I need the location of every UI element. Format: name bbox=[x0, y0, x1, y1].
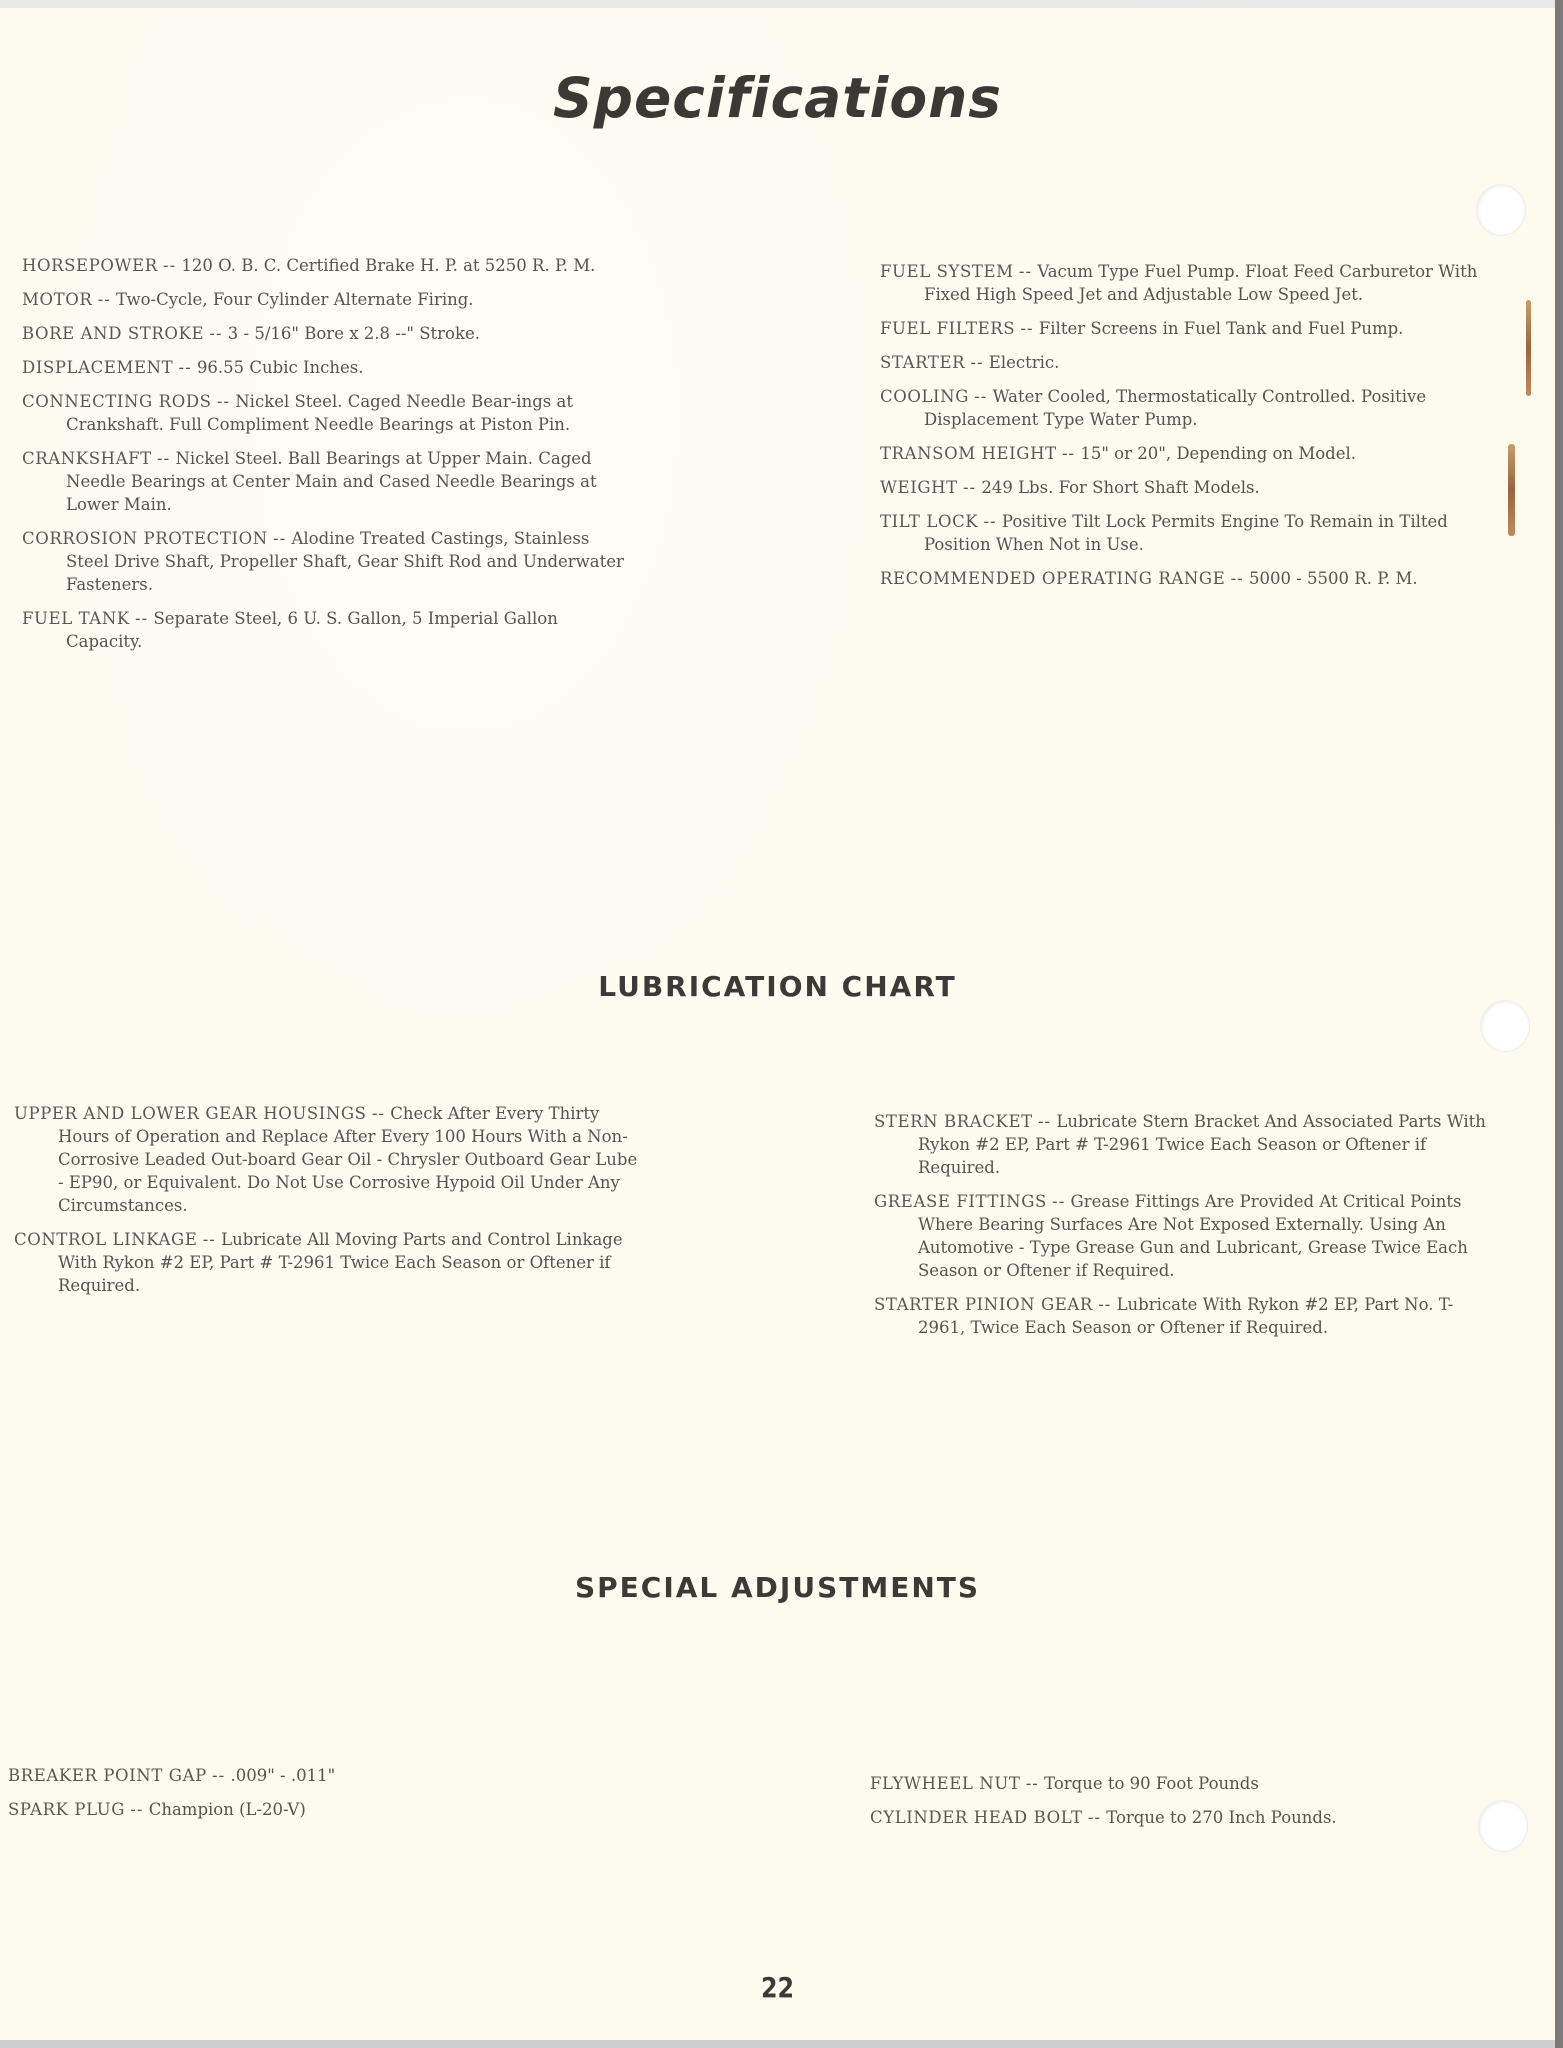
specifications-left-column: HORSEPOWER -- 120 O. B. C. Certified Bra… bbox=[22, 254, 632, 664]
spec-entry-text: 249 Lbs. For Short Shaft Models. bbox=[981, 478, 1259, 497]
spec-entry-text: Torque to 90 Foot Pounds bbox=[1044, 1774, 1259, 1793]
spec-entry-separator: -- bbox=[1062, 444, 1075, 463]
spec-entry-separator: -- bbox=[217, 392, 230, 411]
spec-entry-separator: -- bbox=[970, 353, 983, 372]
spec-entry: SPARK PLUG -- Champion (L-20-V) bbox=[8, 1798, 568, 1821]
spec-entry-separator: -- bbox=[98, 290, 111, 309]
spec-entry-label: TRANSOM HEIGHT bbox=[880, 444, 1057, 463]
spec-entry-text: Electric. bbox=[989, 353, 1060, 372]
spec-entry-label: BREAKER POINT GAP bbox=[8, 1766, 207, 1785]
spec-entry-separator: -- bbox=[1026, 1774, 1039, 1793]
spec-entry-separator: -- bbox=[135, 609, 148, 628]
special-adjustments-heading: SPECIAL ADJUSTMENTS bbox=[0, 1571, 1555, 1604]
spec-entry-label: RECOMMENDED OPERATING RANGE bbox=[880, 569, 1225, 588]
spec-entry-separator: -- bbox=[179, 358, 192, 377]
spec-entry-label: SPARK PLUG bbox=[8, 1800, 125, 1819]
spec-entry: FLYWHEEL NUT -- Torque to 90 Foot Pounds bbox=[870, 1772, 1470, 1795]
spec-entry-label: COOLING bbox=[880, 387, 969, 406]
spec-entry: STERN BRACKET -- Lubricate Stern Bracket… bbox=[874, 1110, 1494, 1179]
spec-entry-separator: -- bbox=[157, 449, 170, 468]
spec-entry-text: Two-Cycle, Four Cylinder Alternate Firin… bbox=[116, 290, 474, 309]
spec-entry-label: CONNECTING RODS bbox=[22, 392, 212, 411]
spec-entry-text: Torque to 270 Inch Pounds. bbox=[1106, 1808, 1336, 1827]
spec-entry: CORROSION PROTECTION -- Alodine Treated … bbox=[22, 527, 632, 596]
spec-entry-separator: -- bbox=[203, 1230, 216, 1249]
spec-entry-label: TILT LOCK bbox=[880, 512, 978, 531]
scan-top-edge bbox=[0, 0, 1555, 8]
spec-entry-label: CYLINDER HEAD BOLT bbox=[870, 1808, 1083, 1827]
spec-entry: WEIGHT -- 249 Lbs. For Short Shaft Model… bbox=[880, 476, 1480, 499]
spec-entry-label: CRANKSHAFT bbox=[22, 449, 152, 468]
spec-entry: FUEL FILTERS -- Filter Screens in Fuel T… bbox=[880, 317, 1480, 340]
spec-entry-label: FUEL SYSTEM bbox=[880, 262, 1014, 281]
spec-entry-text: 120 O. B. C. Certified Brake H. P. at 52… bbox=[181, 256, 595, 275]
spec-entry-separator: -- bbox=[209, 324, 222, 343]
spec-entry-separator: -- bbox=[1038, 1112, 1051, 1131]
spec-entry-separator: -- bbox=[273, 529, 286, 548]
spec-entry-separator: -- bbox=[1231, 569, 1244, 588]
spec-entry-label: HORSEPOWER bbox=[22, 256, 158, 275]
spec-entry: FUEL SYSTEM -- Vacum Type Fuel Pump. Flo… bbox=[880, 260, 1480, 306]
spec-entry-separator: -- bbox=[163, 256, 176, 275]
spec-entry: COOLING -- Water Cooled, Thermostaticall… bbox=[880, 385, 1480, 431]
spec-entry-text: 3 - 5/16" Bore x 2.8 --" Stroke. bbox=[228, 324, 480, 343]
spec-entry: HORSEPOWER -- 120 O. B. C. Certified Bra… bbox=[22, 254, 632, 277]
spec-entry-label: FUEL TANK bbox=[22, 609, 130, 628]
spec-entry-text: Filter Screens in Fuel Tank and Fuel Pum… bbox=[1039, 319, 1404, 338]
spec-entry: RECOMMENDED OPERATING RANGE -- 5000 - 55… bbox=[880, 567, 1480, 590]
spec-entry-separator: -- bbox=[372, 1104, 385, 1123]
spec-entry-separator: -- bbox=[1020, 319, 1033, 338]
scan-bottom-edge bbox=[0, 2040, 1555, 2048]
spec-entry-separator: -- bbox=[212, 1766, 225, 1785]
spec-entry-text: Champion (L-20-V) bbox=[149, 1800, 306, 1819]
spec-entry: TRANSOM HEIGHT -- 15" or 20", Depending … bbox=[880, 442, 1480, 465]
spec-entry-label: GREASE FITTINGS bbox=[874, 1192, 1047, 1211]
lubrication-chart-heading: LUBRICATION CHART bbox=[0, 970, 1555, 1003]
lubrication-left-column: UPPER AND LOWER GEAR HOUSINGS -- Check A… bbox=[14, 1102, 644, 1308]
spec-entry-separator: -- bbox=[1019, 262, 1032, 281]
spec-entry-separator: -- bbox=[1098, 1295, 1111, 1314]
spec-entry: STARTER -- Electric. bbox=[880, 351, 1480, 374]
adjustments-right-column: FLYWHEEL NUT -- Torque to 90 Foot Pounds… bbox=[870, 1772, 1470, 1840]
rust-stain-lower bbox=[1508, 444, 1515, 536]
spec-entry: CONNECTING RODS -- Nickel Steel. Caged N… bbox=[22, 390, 632, 436]
spec-entry: STARTER PINION GEAR -- Lubricate With Ry… bbox=[874, 1293, 1494, 1339]
spec-entry-label: STERN BRACKET bbox=[874, 1112, 1033, 1131]
spec-entry-separator: -- bbox=[974, 387, 987, 406]
spec-entry-text: 96.55 Cubic Inches. bbox=[197, 358, 364, 377]
spec-entry-label: FLYWHEEL NUT bbox=[870, 1774, 1020, 1793]
spec-entry-label: DISPLACEMENT bbox=[22, 358, 173, 377]
spec-entry-text: 15" or 20", Depending on Model. bbox=[1080, 444, 1356, 463]
spec-entry: BREAKER POINT GAP -- .009" - .011" bbox=[8, 1764, 568, 1787]
spec-entry: DISPLACEMENT -- 96.55 Cubic Inches. bbox=[22, 356, 632, 379]
spec-entry: CONTROL LINKAGE -- Lubricate All Moving … bbox=[14, 1228, 644, 1297]
spec-entry-text: Water Cooled, Thermostatically Controlle… bbox=[924, 387, 1426, 429]
spec-entry-label: MOTOR bbox=[22, 290, 92, 309]
spec-entry-text: Positive Tilt Lock Permits Engine To Rem… bbox=[924, 512, 1448, 554]
spec-entry-label: BORE AND STROKE bbox=[22, 324, 204, 343]
punch-hole-middle bbox=[1480, 1000, 1530, 1052]
spec-entry: GREASE FITTINGS -- Grease Fittings Are P… bbox=[874, 1190, 1494, 1282]
spec-entry-label: WEIGHT bbox=[880, 478, 958, 497]
spec-entry-text: .009" - .011" bbox=[230, 1766, 335, 1785]
adjustments-left-column: BREAKER POINT GAP -- .009" - .011"SPARK … bbox=[8, 1764, 568, 1832]
spec-entry-label: CORROSION PROTECTION bbox=[22, 529, 268, 548]
spec-entry-separator: -- bbox=[130, 1800, 143, 1819]
manual-page: Specifications HORSEPOWER -- 120 O. B. C… bbox=[0, 8, 1555, 2040]
spec-entry-text: 5000 - 5500 R. P. M. bbox=[1249, 569, 1418, 588]
spec-entry-label: FUEL FILTERS bbox=[880, 319, 1015, 338]
page-number: 22 bbox=[117, 1971, 1439, 2004]
scan-right-edge bbox=[1555, 0, 1563, 2048]
spec-entry: MOTOR -- Two-Cycle, Four Cylinder Altern… bbox=[22, 288, 632, 311]
specifications-right-column: FUEL SYSTEM -- Vacum Type Fuel Pump. Flo… bbox=[880, 260, 1480, 601]
rust-stain-upper bbox=[1526, 300, 1531, 396]
lubrication-right-column: STERN BRACKET -- Lubricate Stern Bracket… bbox=[874, 1110, 1494, 1350]
spec-entry: TILT LOCK -- Positive Tilt Lock Permits … bbox=[880, 510, 1480, 556]
spec-entry-separator: -- bbox=[1052, 1192, 1065, 1211]
spec-entry: BORE AND STROKE -- 3 - 5/16" Bore x 2.8 … bbox=[22, 322, 632, 345]
spec-entry-separator: -- bbox=[983, 512, 996, 531]
punch-hole-top bbox=[1476, 184, 1526, 236]
spec-entry: UPPER AND LOWER GEAR HOUSINGS -- Check A… bbox=[14, 1102, 644, 1217]
spec-entry-separator: -- bbox=[1088, 1808, 1101, 1827]
spec-entry-separator: -- bbox=[963, 478, 976, 497]
spec-entry-label: UPPER AND LOWER GEAR HOUSINGS bbox=[14, 1104, 367, 1123]
spec-entry: CRANKSHAFT -- Nickel Steel. Ball Bearing… bbox=[22, 447, 632, 516]
spec-entry-label: STARTER bbox=[880, 353, 965, 372]
spec-entry-label: STARTER PINION GEAR bbox=[874, 1295, 1093, 1314]
page-title: Specifications bbox=[0, 66, 1555, 130]
spec-entry-label: CONTROL LINKAGE bbox=[14, 1230, 197, 1249]
punch-hole-bottom bbox=[1478, 1800, 1528, 1852]
spec-entry: FUEL TANK -- Separate Steel, 6 U. S. Gal… bbox=[22, 607, 632, 653]
spec-entry: CYLINDER HEAD BOLT -- Torque to 270 Inch… bbox=[870, 1806, 1470, 1829]
